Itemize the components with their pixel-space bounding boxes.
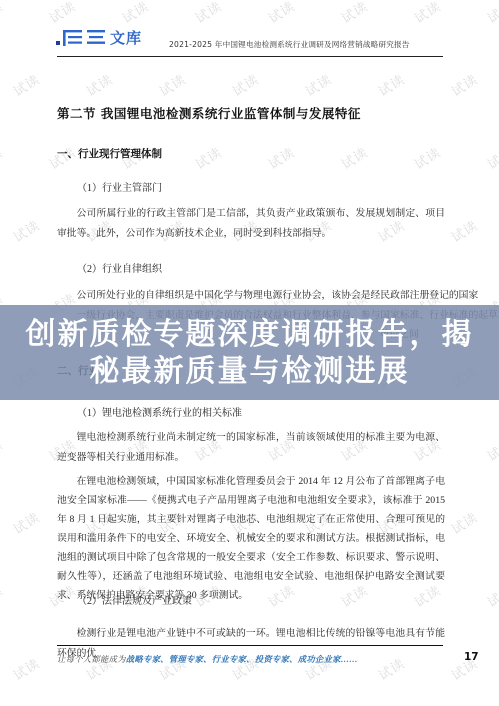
- item3-paragraph: 锂电池检测系统行业尚未制定统一的国家标准，当前该领域使用的标准主要为电源、逆变器…: [57, 428, 445, 467]
- header-rule: [57, 56, 443, 57]
- logo-text: 文库: [110, 27, 142, 48]
- watermark: 试读: [0, 0, 6, 27]
- watermark: 试读: [264, 0, 298, 27]
- watermark: 试读: [447, 215, 481, 246]
- watermark: 试读: [118, 0, 152, 27]
- watermark: 试读: [155, 69, 189, 100]
- watermark: 试读: [301, 69, 335, 100]
- watermark: 试读: [483, 580, 499, 611]
- watermark: 试读: [228, 69, 262, 100]
- section-heading: 第二节 我国锂电池检测系统行业监管体制与发展特征: [57, 104, 445, 122]
- watermark: 试读: [410, 0, 444, 27]
- item3-heading: （1）锂电池检测系统行业的相关标准: [77, 404, 465, 419]
- promo-banner-text-line2: 秘最新质量与检测进展: [90, 353, 410, 390]
- site-logo: 文库: [56, 27, 142, 48]
- item1-heading: （1）行业主管部门: [77, 179, 465, 194]
- item1-paragraph: 公司所属行业的行政主管部门是工信部，其负责产业政策颁布、发展规划制定、项目审批等…: [57, 204, 445, 243]
- watermark: 试读: [0, 434, 6, 465]
- document-page: 试读试读试读试读试读试读试读试读试读试读试读试读试读试读试读试读试读试读试读试读…: [0, 0, 499, 706]
- subsection1-heading: 一、行业现行管理体制: [57, 146, 445, 161]
- watermark: 试读: [191, 0, 225, 27]
- watermark: 试读: [483, 434, 499, 465]
- watermark: 试读: [483, 0, 499, 27]
- watermark: 试读: [45, 0, 79, 27]
- footer-slogan: 让每个人都能成为战略专家、管理专家、行业专家、投资专家、成功企业家……: [57, 653, 358, 665]
- item2-heading: （2）行业自律组织: [77, 260, 465, 275]
- watermark: 试读: [9, 507, 43, 538]
- promo-banner-overlay: 创新质检专题深度调研报告，揭 秘最新质量与检测进展: [0, 305, 499, 400]
- footer-slogan-highlight: 战略专家、管理专家、行业专家、投资专家、成功企业家……: [126, 655, 358, 664]
- logo-mark-icon: [63, 29, 107, 47]
- item2-line1: 公司所处行业的自律组织是中国化学与物理电源行业协会，该协会是经民政部注册登记的国…: [57, 286, 445, 306]
- footer-slogan-prefix: 让每个人都能成为: [57, 655, 126, 664]
- item4-paragraph: 在锂电池检测领域，中国国家标准化管理委员会于 2014 年 12 月公布了首部锂…: [57, 472, 445, 605]
- promo-banner-text-line1: 创新质检专题深度调研报告，揭: [26, 316, 474, 353]
- watermark: 试读: [0, 580, 6, 611]
- watermark: 试读: [9, 653, 43, 684]
- watermark: 试读: [447, 69, 481, 100]
- watermark: 试读: [9, 69, 43, 100]
- logo-dot-icon: [56, 41, 60, 45]
- item5-heading: （2）法律法规及产业政策: [77, 592, 465, 607]
- watermark: 试读: [447, 507, 481, 538]
- report-title: 2021-2025 年中国锂电池检测系统行业调研及网络营销战略研究报告: [169, 39, 410, 50]
- watermark: 试读: [9, 215, 43, 246]
- page-number: 17: [464, 651, 479, 663]
- watermark: 试读: [337, 0, 371, 27]
- watermark: 试读: [82, 69, 116, 100]
- watermark: 试读: [0, 142, 6, 173]
- watermark: 试读: [483, 142, 499, 173]
- footer-rule: [57, 645, 443, 646]
- watermark: 试读: [374, 69, 408, 100]
